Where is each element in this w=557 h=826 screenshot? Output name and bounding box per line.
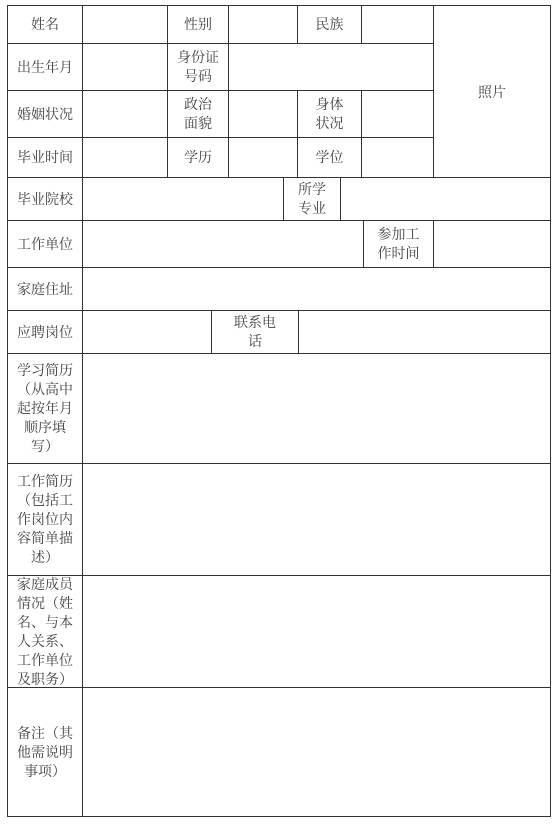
applied-position-label: 应聘岗位	[8, 311, 83, 354]
degree-field[interactable]	[362, 138, 434, 178]
application-form-table: 姓名 性别 民族 出生年月 身份证 号码 婚姻状况 政治 面貌 身体 状况	[7, 5, 551, 817]
study-resume-field[interactable]	[83, 354, 550, 464]
birth-date-field[interactable]	[83, 44, 168, 91]
row-employer-workstart: 工作单位 参加工 作时间	[8, 221, 550, 268]
gender-field[interactable]	[229, 6, 298, 44]
graduation-time-label: 毕业时间	[8, 138, 83, 178]
row-study-resume: 学习简历 （从高中 起按年月 顺序填 写）	[8, 354, 550, 464]
id-number-label: 身份证 号码	[168, 44, 229, 91]
home-address-field[interactable]	[83, 268, 550, 311]
work-start-time-label: 参加工 作时间	[364, 221, 434, 268]
work-resume-field[interactable]	[83, 464, 550, 576]
remarks-field[interactable]	[83, 688, 550, 816]
graduation-school-label: 毕业院校	[8, 178, 83, 221]
ethnicity-label: 民族	[298, 6, 362, 44]
family-members-field[interactable]	[83, 576, 550, 688]
work-start-time-field[interactable]	[434, 221, 550, 268]
birth-date-label: 出生年月	[8, 44, 83, 91]
major-label: 所学 专业	[284, 178, 341, 221]
degree-label: 学位	[298, 138, 362, 178]
application-form-page: 姓名 性别 民族 出生年月 身份证 号码 婚姻状况 政治 面貌 身体 状况	[0, 0, 557, 826]
remarks-label: 备注（其 他需说明 事项）	[8, 688, 83, 816]
graduation-time-field[interactable]	[83, 138, 168, 178]
study-resume-label: 学习简历 （从高中 起按年月 顺序填 写）	[8, 354, 83, 464]
name-label: 姓名	[8, 6, 83, 44]
photo-field[interactable]: 照片	[434, 6, 550, 178]
row-position-phone: 应聘岗位 联系电 话	[8, 311, 550, 354]
row-work-resume: 工作简历 （包括工 作岗位内 容简单描 述）	[8, 464, 550, 576]
row-family-members: 家庭成员 情况（姓 名、与本 人关系、 工作单位 及职务）	[8, 576, 550, 688]
major-field[interactable]	[341, 178, 550, 221]
family-members-label: 家庭成员 情况（姓 名、与本 人关系、 工作单位 及职务）	[8, 576, 83, 688]
id-number-field[interactable]	[229, 44, 434, 91]
employer-label: 工作单位	[8, 221, 83, 268]
graduation-school-field[interactable]	[83, 178, 284, 221]
gender-label: 性别	[168, 6, 229, 44]
home-address-label: 家庭住址	[8, 268, 83, 311]
education-label: 学历	[168, 138, 229, 178]
marital-status-field[interactable]	[83, 91, 168, 138]
marital-status-label: 婚姻状况	[8, 91, 83, 138]
health-status-field[interactable]	[362, 91, 434, 138]
education-field[interactable]	[229, 138, 298, 178]
health-status-label: 身体 状况	[298, 91, 362, 138]
work-resume-label: 工作简历 （包括工 作岗位内 容简单描 述）	[8, 464, 83, 576]
contact-phone-label: 联系电 话	[212, 311, 299, 354]
employer-field[interactable]	[83, 221, 364, 268]
ethnicity-field[interactable]	[362, 6, 434, 44]
name-field[interactable]	[83, 6, 168, 44]
row-school-major: 毕业院校 所学 专业	[8, 178, 550, 221]
contact-phone-field[interactable]	[299, 311, 550, 354]
top-section: 姓名 性别 民族 出生年月 身份证 号码 婚姻状况 政治 面貌 身体 状况	[8, 6, 550, 178]
row-remarks: 备注（其 他需说明 事项）	[8, 688, 550, 816]
political-status-label: 政治 面貌	[168, 91, 229, 138]
political-status-field[interactable]	[229, 91, 298, 138]
applied-position-field[interactable]	[83, 311, 212, 354]
row-address: 家庭住址	[8, 268, 550, 311]
